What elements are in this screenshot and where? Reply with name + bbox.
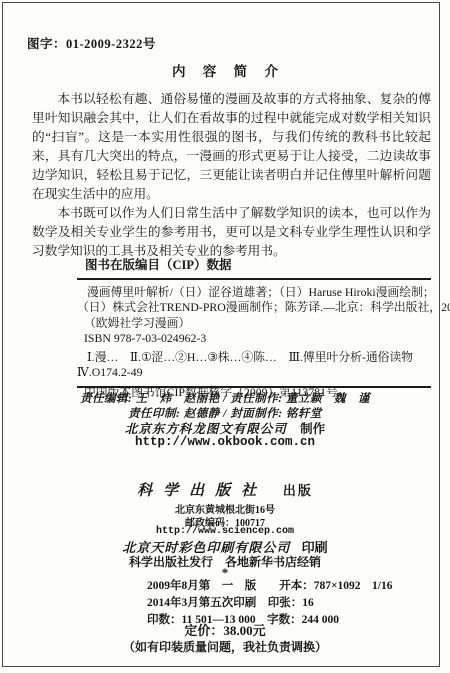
publisher-line: 科学出版社 出版 — [0, 479, 450, 500]
maker-url: http://www.okbook.com.cn — [0, 435, 450, 449]
price-line: 定价：38.00元 — [0, 620, 450, 639]
cip-line-classification-1: Ⅰ.漫… Ⅱ.①涩…②H…③株…④陈… Ⅲ.傅里叶分析-通俗读物 — [77, 350, 431, 365]
cip-section: 图书在版编目（CIP）数据 漫画傅里叶解析/（日）涩谷道雄著；（日）Haruse… — [77, 255, 431, 400]
maker-company-name: 北京东方科龙图文有限公司 — [125, 422, 287, 436]
maker-role-label: 制作 — [300, 422, 325, 436]
publisher-name: 科学出版社 — [137, 483, 267, 499]
quality-note: （如有印装质量问题，我社负责调换） — [0, 638, 450, 655]
intro-section: 本书以轻松有趣、通俗易懂的漫画及故事的方式将抽象、复杂的傅里叶知识融会其中，让人… — [32, 90, 431, 261]
intro-paragraph-1: 本书以轻松有趣、通俗易懂的漫画及故事的方式将抽象、复杂的傅里叶知识融会其中，让人… — [32, 90, 431, 204]
license-number: 图字：01-2009-2322号 — [27, 34, 156, 52]
publisher-url: http://www.sciencep.com — [0, 526, 450, 537]
cip-line-publisher: （日）株式会社TREND-PRO漫画制作；陈芳译.—北京：科学出版社，2009 — [77, 300, 431, 315]
edition-line-current-printing: 2014年3月第五次印刷 印张：16 — [147, 595, 393, 612]
intro-title: 内 容 简 介 — [0, 60, 450, 80]
cip-heading: 图书在版编目（CIP）数据 — [77, 255, 431, 273]
cip-divider-rule — [77, 278, 431, 280]
edition-line-first-printing: 2009年8月第 一 版 开本：787×1092 1/16 — [147, 578, 393, 595]
cip-line-classification-2: Ⅳ.O174.2-49 — [77, 365, 431, 380]
cip-line-title: 漫画傅里叶解析/（日）涩谷道雄著；（日）Haruse Hiroki漫画绘制； — [77, 285, 431, 300]
publisher-role-label: 出版 — [283, 483, 313, 498]
credits-divider-rule — [77, 386, 431, 388]
cip-line-series: （欧姆社学习漫画） — [77, 316, 431, 331]
cip-line-isbn: ISBN 978-7-03-024962-3 — [77, 331, 431, 346]
intro-paragraph-2: 本书既可以作为人们日常生活中了解数学知识的读本，也可以作为数学及相关专业学生的参… — [32, 204, 431, 261]
book-copyright-page: 图字：01-2009-2322号 内 容 简 介 本书以轻松有趣、通俗易懂的漫画… — [0, 0, 450, 673]
credits-editors: 责任编辑: 王 炜 赵丽艳 / 责任制作: 董立颖 魏 谨 — [0, 390, 450, 406]
